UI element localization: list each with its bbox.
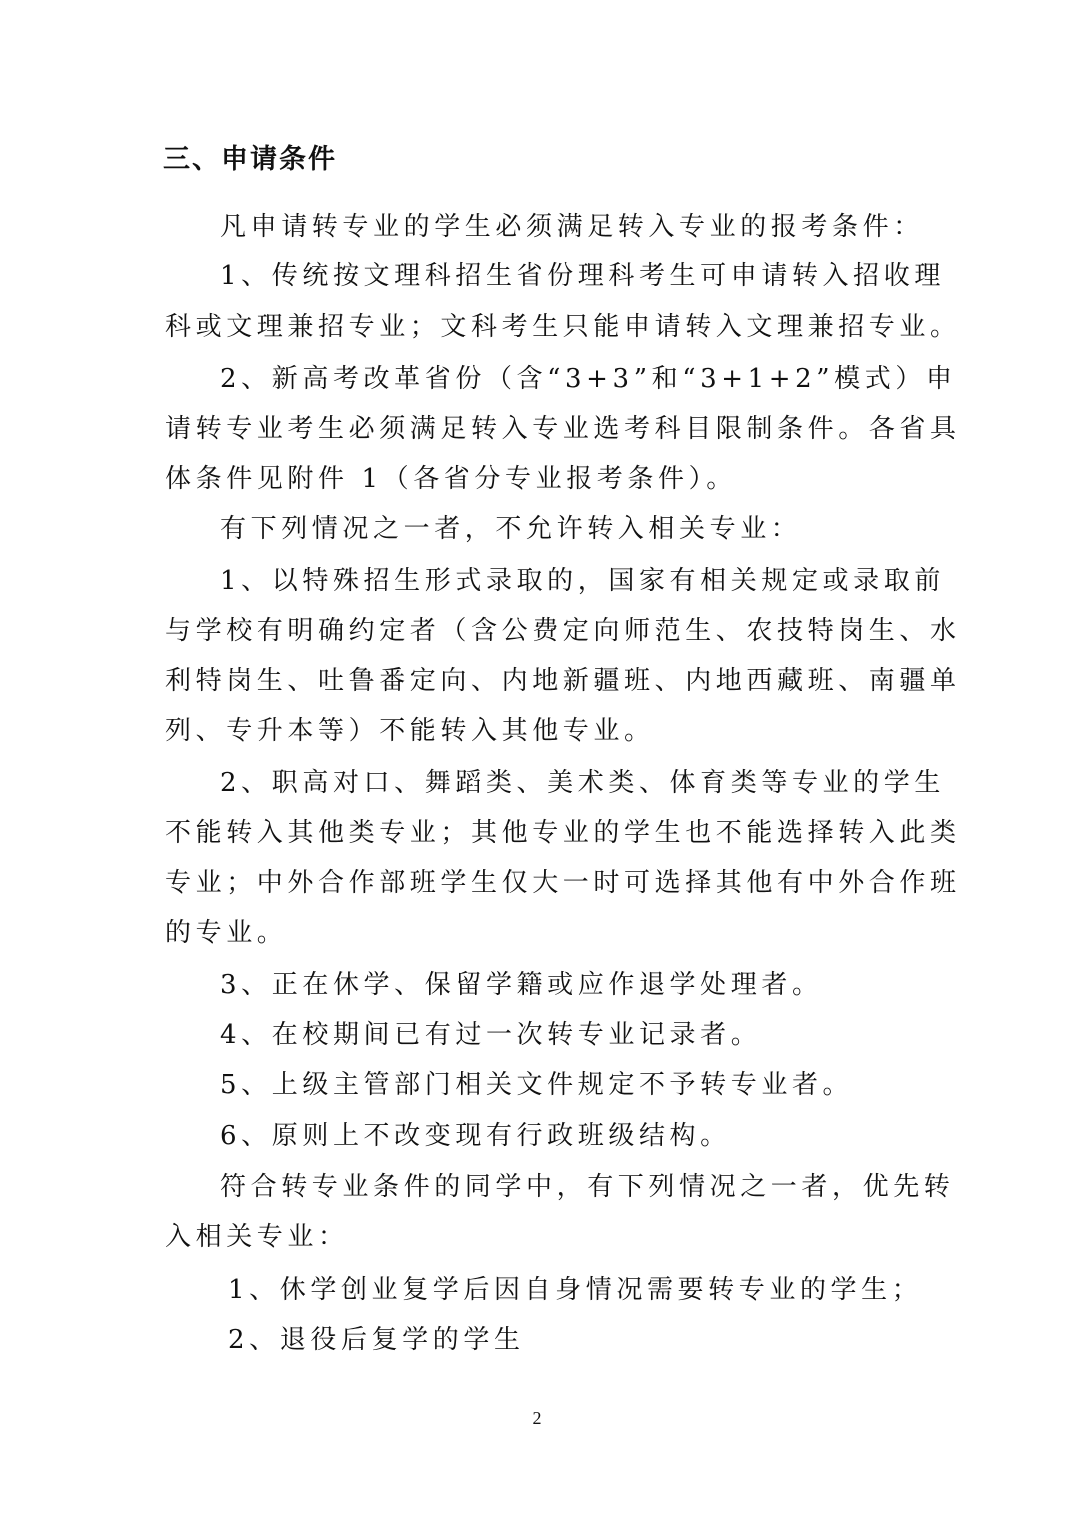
restriction-5: 5、上级主管部门相关文件规定不予转专业者。 — [220, 1068, 980, 1102]
section-heading: 三、申请条件 — [163, 143, 337, 177]
restriction-1-line-3: 利特岗生、吐鲁番定向、内地新疆班、内地西藏班、南疆单 — [165, 664, 925, 698]
restriction-1-line-1: 1、以特殊招生形式录取的，国家有相关规定或录取前 — [220, 564, 980, 598]
restriction-4: 4、在校期间已有过一次转专业记录者。 — [220, 1018, 980, 1052]
document-page: 三、申请条件 凡申请转专业的学生必须满足转入专业的报考条件： 1、传统按文理科招… — [0, 0, 1074, 1520]
restriction-1-line-2: 与学校有明确约定者（含公费定向师范生、农技特岗生、水 — [165, 614, 925, 648]
condition-2-line-3: 体条件见附件 1（各省分专业报考条件）。 — [165, 462, 925, 496]
paragraph-intro-restrictions: 有下列情况之一者，不允许转入相关专业： — [220, 512, 980, 546]
paragraph-intro-priority-line-2: 入相关专业： — [165, 1220, 925, 1254]
restriction-3: 3、正在休学、保留学籍或应作退学处理者。 — [220, 968, 980, 1002]
paragraph-intro-conditions: 凡申请转专业的学生必须满足转入专业的报考条件： — [220, 210, 980, 244]
priority-1: 1、休学创业复学后因自身情况需要转专业的学生； — [228, 1273, 988, 1307]
restriction-6: 6、原则上不改变现有行政班级结构。 — [220, 1119, 980, 1153]
restriction-2-line-3: 专业；中外合作部班学生仅大一时可选择其他有中外合作班 — [165, 866, 925, 900]
condition-2-line-2: 请转专业考生必须满足转入专业选考科目限制条件。各省具 — [165, 412, 925, 446]
restriction-2-line-1: 2、职高对口、舞蹈类、美术类、体育类等专业的学生 — [220, 766, 980, 800]
restriction-2-line-2: 不能转入其他类专业；其他专业的学生也不能选择转入此类 — [165, 816, 925, 850]
page-number: 2 — [0, 1408, 1074, 1429]
paragraph-intro-priority-line-1: 符合转专业条件的同学中，有下列情况之一者，优先转 — [220, 1170, 980, 1204]
restriction-2-line-4: 的专业。 — [165, 916, 925, 950]
condition-1-line-1: 1、传统按文理科招生省份理科考生可申请转入招收理 — [220, 259, 980, 293]
condition-2-line-1: 2、新高考改革省份（含“3+3”和“3+1+2”模式）申 — [220, 362, 980, 396]
priority-2: 2、退役后复学的学生 — [228, 1323, 988, 1357]
restriction-1-line-4: 列、专升本等）不能转入其他专业。 — [165, 714, 925, 748]
condition-1-line-2: 科或文理兼招专业；文科考生只能申请转入文理兼招专业。 — [165, 310, 925, 344]
